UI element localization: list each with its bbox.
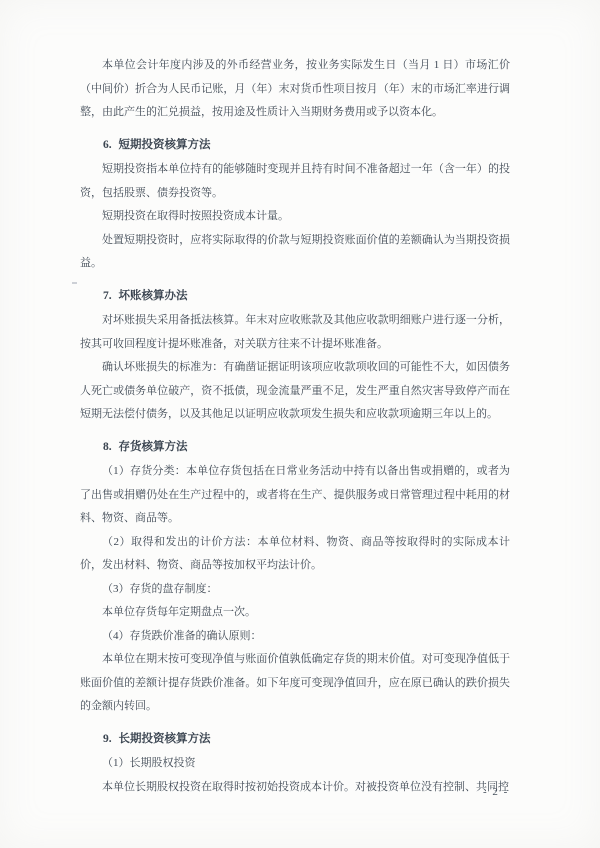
body-paragraph: 本单位存货每年定期盘点一次。: [80, 601, 510, 625]
section-heading: 9. 长期投资核算方法: [80, 728, 510, 752]
body-paragraph: 短期投资在取得时按照投资成本计量。: [80, 205, 510, 229]
section-heading: 8. 存货核算方法: [80, 436, 510, 460]
body-paragraph: （1）长期股权投资: [80, 752, 510, 776]
body-paragraph: 短期投资指本单位持有的能够随时变现并且持有时间不准备超过一年（含一年）的投资，包…: [80, 158, 510, 205]
section-heading: 6. 短期投资核算方法: [80, 134, 510, 158]
body-paragraph: 确认坏账损失的标准为：有确凿证据证明该项应收款项收回的可能性不大，如因债务人死亡…: [80, 356, 510, 427]
section-heading: 7. 坏账核算办法: [80, 285, 510, 309]
body-paragraph: 本单位长期股权投资在取得时按初始投资成本计价。对被投资单位没有控制、共同控: [80, 776, 510, 800]
body-paragraph: （2）取得和发出的计价方法：本单位材料、物资、商品等按取得时的实际成本计价，发出…: [80, 531, 510, 578]
body-paragraph: 本单位在期末按可变现净值与账面价值孰低确定存货的期末价值。对可变现净值低于账面价…: [80, 648, 510, 719]
body-paragraph: 处置短期投资时，应将实际取得的价款与短期投资账面价值的差额确认为当期投资损益。: [80, 229, 510, 276]
body-paragraph: （4）存货跌价准备的确认原则：: [80, 625, 510, 649]
body-paragraph: （3）存货的盘存制度：: [80, 578, 510, 602]
scanned-document-page: 本单位会计年度内涉及的外币经营业务，按业务实际发生日（当月 1 日）市场汇价（中…: [0, 0, 600, 848]
body-paragraph: （1）存货分类：本单位存货包括在日常业务活动中持有以备出售或捐赠的，或者为了出售…: [80, 460, 510, 531]
page-number: - 2 -: [483, 786, 509, 798]
scan-artifact: [72, 282, 77, 284]
document-content: 本单位会计年度内涉及的外币经营业务，按业务实际发生日（当月 1 日）市场汇价（中…: [80, 54, 510, 799]
body-paragraph: 对坏账损失采用备抵法核算。年末对应收账款及其他应收款明细账户进行逐一分析，按其可…: [80, 309, 510, 356]
body-paragraph: 本单位会计年度内涉及的外币经营业务，按业务实际发生日（当月 1 日）市场汇价（中…: [80, 54, 510, 125]
